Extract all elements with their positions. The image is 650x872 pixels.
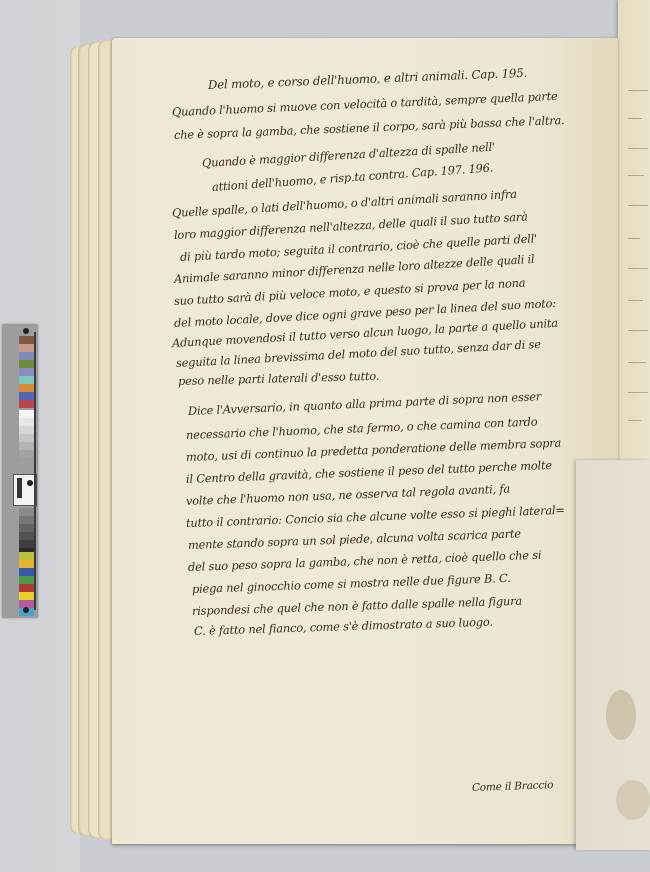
text-line: mente stando sopra un sol piede, alcuna … xyxy=(188,526,521,552)
top-swatch-strip xyxy=(19,336,34,408)
text-line: piega nel ginocchio come si mostra nelle… xyxy=(192,571,511,596)
color-calibration-target xyxy=(2,324,38,618)
color-swatch xyxy=(19,568,34,576)
color-swatch xyxy=(19,576,34,584)
text-line: C. è fatto nel fianco, come s'è dimostra… xyxy=(194,615,493,638)
color-swatch xyxy=(19,400,34,408)
dark-swatch xyxy=(19,508,34,516)
color-swatch xyxy=(19,376,34,384)
dark-swatch xyxy=(19,516,34,524)
color-swatch xyxy=(19,552,34,560)
gray-swatch xyxy=(19,450,34,458)
manuscript-page: Del moto, e corso dell'huomo, e altri an… xyxy=(112,38,618,844)
text-line: volte che l'huomo non usa, ne osserva ta… xyxy=(186,482,511,508)
color-swatch xyxy=(19,352,34,360)
gray-swatch xyxy=(19,442,34,450)
catchword: Come il Braccio xyxy=(472,779,554,794)
dark-swatch xyxy=(19,532,34,540)
color-swatch xyxy=(19,560,34,568)
target-hole-top xyxy=(23,328,29,334)
page-heading: Del moto, e corso dell'huomo, e altri an… xyxy=(208,66,528,92)
dark-swatch xyxy=(19,540,34,548)
color-swatch xyxy=(19,360,34,368)
target-rail xyxy=(34,332,36,610)
color-swatch xyxy=(19,592,34,600)
dark-swatch xyxy=(19,524,34,532)
color-swatch xyxy=(19,392,34,400)
target-hole-middle xyxy=(27,480,33,486)
text-line: peso nelle parti laterali d'esso tutto. xyxy=(178,369,380,388)
gray-swatch xyxy=(19,426,34,434)
color-swatch xyxy=(19,368,34,376)
inserted-loose-sheet xyxy=(576,460,650,850)
text-line: del suo peso sopra la gamba, che non è r… xyxy=(188,548,542,574)
gray-swatch-strip xyxy=(19,410,34,458)
text-line: che è sopra la gamba, che sostiene il co… xyxy=(174,113,565,142)
color-swatch xyxy=(19,344,34,352)
color-swatch xyxy=(19,384,34,392)
text-line: Dice l'Avversario, in quanto alla prima … xyxy=(188,389,542,418)
gray-swatch xyxy=(19,410,34,418)
facing-page-edge xyxy=(618,0,650,470)
color-swatch xyxy=(19,584,34,592)
gray-swatch xyxy=(19,434,34,442)
color-swatch xyxy=(19,336,34,344)
gray-swatch xyxy=(19,418,34,426)
target-hole-bottom xyxy=(23,607,29,613)
